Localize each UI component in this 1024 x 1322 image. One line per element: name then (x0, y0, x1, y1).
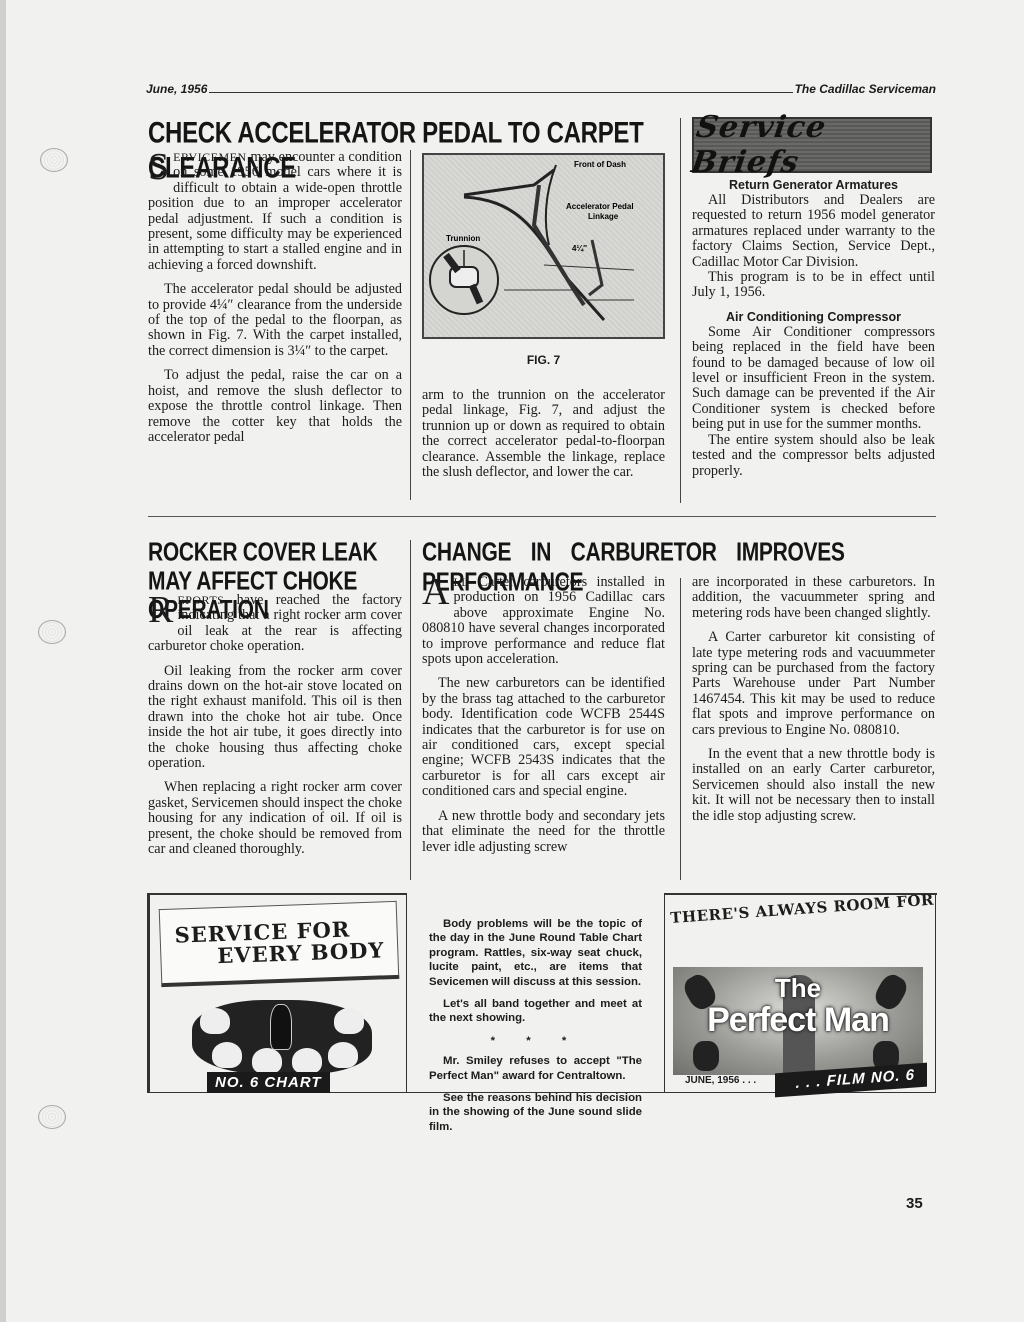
promo-ads-panel: SERVICE FOR EVERY BODY NO. 6 CHART Body … (147, 893, 936, 1093)
service-briefs-banner: Service Briefs (692, 117, 932, 173)
running-header: June, 1956 The Cadillac Serviceman (146, 78, 936, 96)
paragraph: See the reasons behind his decision in t… (429, 1091, 642, 1134)
chart-ad-label: NO. 6 CHART (207, 1072, 330, 1093)
dropcap: A (422, 577, 449, 607)
page-number: 35 (906, 1195, 923, 1212)
film-ad-headline: THERE'S ALWAYS ROOM FOR (670, 891, 935, 927)
header-rule (209, 92, 792, 93)
rocker-article-lead: REPORTS have reached the factory indicat… (148, 593, 402, 655)
page-edge (0, 0, 6, 1322)
svg-text:4¼″: 4¼″ (572, 244, 587, 253)
skulls-illustration (192, 1000, 372, 1074)
dropcap: R (148, 595, 173, 625)
service-briefs: Return Generator Armatures All Distribut… (692, 178, 935, 479)
paragraph: Let's all band together and meet at the … (429, 997, 642, 1026)
svg-text:Front of Dash: Front of Dash (574, 160, 626, 169)
column-divider (410, 540, 411, 880)
punch-hole-top (40, 148, 68, 172)
film-date: JUNE, 1956 . . . (685, 1075, 756, 1086)
paragraph: arm to the trunnion on the accelerator p… (422, 388, 665, 480)
paragraph: The new carburetors can be identified by… (422, 676, 665, 799)
svg-text:Trunnion: Trunnion (446, 234, 480, 243)
punch-hole-middle (38, 620, 66, 644)
film-poster: The Perfect Man (673, 967, 923, 1075)
accelerator-linkage-illustration: Front of Dash Accelerator Pedal Linkage … (424, 155, 663, 337)
header-publication: The Cadillac Serviceman (795, 82, 936, 96)
separator-stars: * * * (429, 1034, 642, 1048)
chart-ad: SERVICE FOR EVERY BODY NO. 6 CHART (148, 893, 406, 1093)
carburetor-article-column-1: ALL Carter carburetors installed in prod… (422, 575, 665, 864)
rocker-article-body: REPORTS have reached the factory indicat… (148, 593, 402, 867)
film-title-line-1: The (673, 973, 923, 1004)
column-divider (680, 118, 681, 503)
film-ad: THERE'S ALWAYS ROOM FOR The Perfect Man … (664, 893, 937, 1093)
chart-and-film-announcement: Body problems will be the topic of the d… (406, 893, 664, 1093)
paragraph: Body problems will be the topic of the d… (429, 917, 642, 989)
brief-title: Air Conditioning Compressor (692, 310, 935, 324)
column-divider (410, 150, 411, 500)
accelerator-article-column-1: SERVICEMEN may encounter a condition on … (148, 150, 402, 454)
paragraph: The entire system should also be leak te… (692, 433, 935, 479)
section-divider (148, 516, 936, 517)
figure-caption: FIG. 7 (422, 353, 665, 367)
glove-icon (693, 1041, 719, 1071)
brief-title: Return Generator Armatures (692, 178, 935, 192)
figure-7-diagram: Front of Dash Accelerator Pedal Linkage … (422, 153, 665, 339)
carburetor-article-column-2: are incorporated in these carburetors. I… (692, 575, 935, 833)
chart-ad-banner: SERVICE FOR EVERY BODY (159, 901, 400, 987)
header-date: June, 1956 (146, 82, 207, 96)
paragraph: Some Air Conditioner compressors being r… (692, 325, 935, 433)
dropcap: S (148, 152, 169, 182)
paragraph: Oil leaking from the rocker arm cover dr… (148, 664, 402, 772)
paragraph: The accelerator pedal should be adjusted… (148, 282, 402, 359)
paragraph: A Carter carburetor kit consisting of la… (692, 630, 935, 738)
paragraph: To adjust the pedal, raise the car on a … (148, 368, 402, 445)
paragraph: A new throttle body and secondary jets t… (422, 809, 665, 855)
paragraph: In the event that a new throttle body is… (692, 747, 935, 824)
svg-text:Linkage: Linkage (588, 212, 619, 221)
paragraph: Mr. Smiley refuses to accept "The Perfec… (429, 1054, 642, 1083)
accelerator-article-column-2: arm to the trunnion on the accelerator p… (422, 388, 665, 489)
film-title-line-2: Perfect Man (673, 1001, 923, 1040)
svg-text:Accelerator Pedal: Accelerator Pedal (566, 202, 634, 211)
carburetor-article-lead: ALL Carter carburetors installed in prod… (422, 575, 665, 667)
column-divider (680, 578, 681, 880)
paragraph: When replacing a right rocker arm cover … (148, 780, 402, 857)
paragraph: are incorporated in these carburetors. I… (692, 575, 935, 621)
accelerator-article-lead: SERVICEMEN may encounter a condition on … (148, 150, 402, 273)
punch-hole-bottom (38, 1105, 66, 1129)
paragraph: All Distributors and Dealers are request… (692, 193, 935, 270)
paragraph: This program is to be in effect until Ju… (692, 270, 935, 301)
